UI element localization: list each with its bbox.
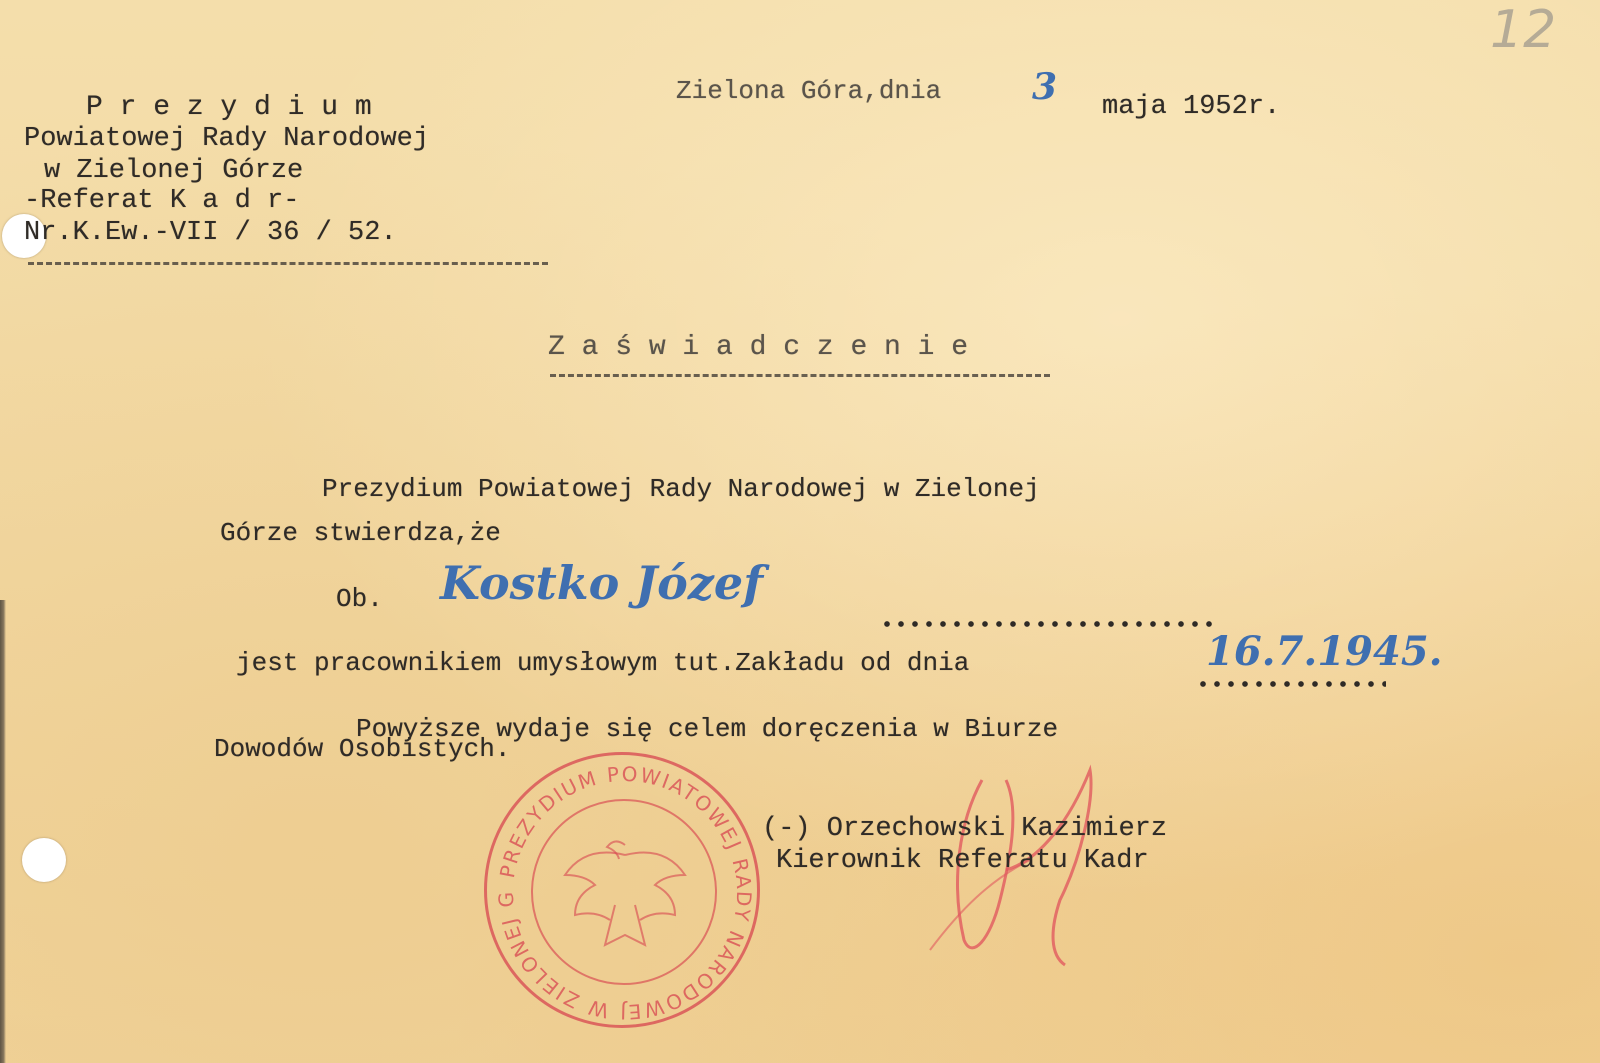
citizen-prefix: Ob. bbox=[336, 584, 383, 614]
header-line-1: P r e z y d i u m bbox=[86, 92, 372, 123]
svg-text:PREZYDIUM POWIATOWEJ RADY NARO: PREZYDIUM POWIATOWEJ RADY NARODOWEJ W ZI… bbox=[487, 755, 756, 1024]
eagle-emblem-icon: PREZYDIUM POWIATOWEJ RADY NARODOWEJ W ZI… bbox=[487, 755, 763, 1031]
employment-date-handwritten: 16.7.1945. bbox=[1206, 628, 1443, 675]
reference-number: Nr.K.Ew.-VII / 36 / 52. bbox=[24, 218, 397, 248]
body-para1-line1: Prezydium Powiatowej Rady Narodowej w Zi… bbox=[322, 474, 1040, 504]
day-handwritten: 3 bbox=[1032, 66, 1057, 108]
header-underline bbox=[28, 262, 548, 265]
document-title: Z a ś w i a d c z e n i e bbox=[548, 332, 968, 363]
citizen-name-handwritten: Kostko Józef bbox=[440, 556, 763, 610]
title-underline bbox=[550, 374, 1050, 377]
name-fill-dots bbox=[880, 620, 1220, 628]
page-edge-shadow bbox=[0, 600, 6, 1063]
document-page: 12 P r e z y d i u m Powiatowej Rady Nar… bbox=[0, 0, 1600, 1063]
archive-page-number: 12 bbox=[1490, 0, 1556, 60]
place-text: Zielona Góra,dnia bbox=[676, 76, 941, 106]
month-year-text: maja 1952r. bbox=[1102, 92, 1280, 122]
header-line-3: w Zielonej Górze bbox=[44, 156, 303, 186]
official-stamp: PREZYDIUM POWIATOWEJ RADY NARODOWEJ W ZI… bbox=[484, 752, 760, 1028]
body-para1-line2: Górze stwierdza,że bbox=[220, 518, 501, 548]
date-fill-dots bbox=[1196, 680, 1386, 688]
signatory-position: Kierownik Referatu Kadr bbox=[776, 846, 1149, 876]
employment-text: jest pracownikiem umysłowym tut.Zakładu … bbox=[236, 648, 969, 678]
header-line-4: -Referat K a d r- bbox=[24, 186, 299, 216]
header-line-2: Powiatowej Rady Narodowej bbox=[24, 124, 429, 154]
body-para2-line2: Dowodów Osobistych. bbox=[214, 734, 510, 764]
signatory-name: (-) Orzechowski Kazimierz bbox=[762, 814, 1167, 844]
punch-hole-bottom bbox=[22, 838, 66, 882]
